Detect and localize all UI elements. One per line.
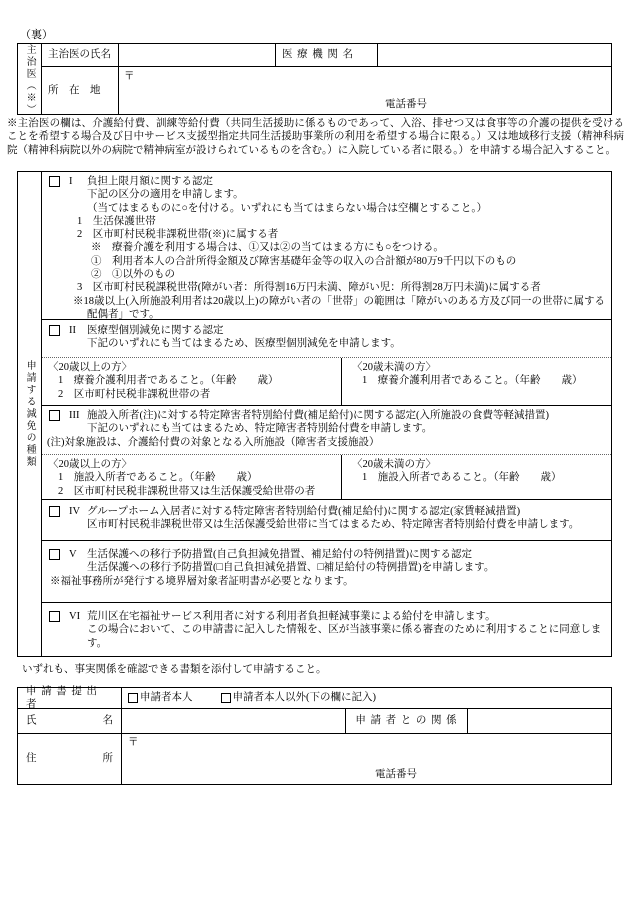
section-1-item-1: 1 生活保護世帯 [42,215,611,228]
section-2-heading: II 医療型個別減免に関する認定 [42,324,611,337]
doctor-name-input-cell[interactable] [119,44,276,66]
section-2-right-column: 〈20歳未満の方〉 1 療養介護利用者であること。（年齢 歳） [342,358,611,405]
section-4-numeral: IV [69,505,87,518]
section-6-numeral: VI [69,610,87,623]
section-3-title: 施設入所者(注)に対する特定障害者特別給付費(補足給付)に関する認定(入所施設の… [87,409,611,422]
submitter-name-input-cell[interactable] [122,709,346,733]
section-3-left-column: 〈20歳以上の方〉 1 施設入所者であること。（年齢 歳） 2 区市町村民税非課… [42,455,342,499]
section-1-line: （当てはまるものに○を付ける。いずれにも当てはまらない場合は空欄とすること。） [42,202,611,215]
submitter-address-row: 住 所 〒 電話番号 [18,734,611,784]
section-2-checkbox[interactable] [49,325,60,336]
applicant-other-label: 申請者本人以外(下の欄に記入) [233,691,377,704]
section-3-right-column: 〈20歳未満の方〉 1 施設入所者であること。（年齢 歳） [342,455,611,499]
name-label-left: 氏 [26,714,37,727]
doctor-name-row: 主治医の氏名 医 療 機 関 名 [42,44,611,67]
section-1-item-2-sub-1: ① 利用者本人の合計所得金額及び障害基礎年金等の収入の合計額が80万9千円以下の… [42,255,611,268]
section-5-line: 生活保護への移行予防措置(□自己負担減免措置、□補足給付の特例措置)を申請します… [42,561,611,574]
section-3: III 施設入所者(注)に対する特定障害者特別給付費(補足給付)に関する認定(入… [42,405,611,454]
section-3-heading: III 施設入所者(注)に対する特定障害者特別給付費(補足給付)に関する認定(入… [42,409,611,422]
doctor-address-row: 所 在 地 〒 電話番号 [42,67,611,114]
section-4: IV グループホーム入居者に対する特定障害者特別給付費(補足給付)に関する認定(… [42,499,611,540]
section-2-left-item-1: 1 療養介護利用者であること。（年齢 歳） [48,374,337,387]
applicant-self-checkbox[interactable] [128,693,138,703]
section-3-note: (注)対象施設は、介護給付費の対象となる入所施設（障害者支援施設） [42,436,611,449]
section-3-left-header: 〈20歳以上の方〉 [48,458,337,471]
section-5-note: ※福祉事務所が発行する境界層対象者証明書が必要となります。 [42,575,611,588]
section-2-columns: 〈20歳以上の方〉 1 療養介護利用者であること。（年齢 歳） 2 区市町村民税… [42,357,611,405]
attachment-note: いずれも、事実関係を確認できる書類を添付して申請すること。 [22,663,327,676]
section-6-title: 荒川区在宅福祉サービス利用者に対する利用者負担軽減事業による給付を申請します。 [87,610,611,623]
section-4-line: 区市町村民税非課税世帯又は生活保護受給世帯に当てはまるため、特定障害者特別給付費… [42,518,611,531]
section-3-right-header: 〈20歳未満の方〉 [352,458,607,471]
address-label-right: 所 [103,752,114,765]
section-5-checkbox[interactable] [49,549,60,560]
reductions-row-header: 申請する減免の種類 [18,172,42,656]
section-1-checkbox[interactable] [49,176,60,187]
section-3-checkbox[interactable] [49,410,60,421]
doctor-phone-label: 電話番号 [385,98,427,111]
submitter-type-row: 申 請 書 提 出 者 申請者本人 申請者本人以外(下の欄に記入) [18,688,611,709]
option-applicant-self[interactable]: 申請者本人 [128,691,193,704]
section-2-left-header: 〈20歳以上の方〉 [48,361,337,374]
section-6-line: この場合において、この申請書に記入した情報を、区が当該事業に係る審査のために利用… [42,623,611,650]
section-3-left-item-1: 1 施設入所者であること。（年齢 歳） [48,471,337,484]
doctor-table-body: 主治医の氏名 医 療 機 関 名 所 在 地 〒 電話番号 [42,44,611,114]
submitter-phone-label: 電話番号 [375,768,417,781]
applicant-other-checkbox[interactable] [221,693,231,703]
section-2-left-column: 〈20歳以上の方〉 1 療養介護利用者であること。（年齢 歳） 2 区市町村民税… [42,358,342,405]
doctor-table: 主治医（※） 主治医の氏名 医 療 機 関 名 所 在 地 〒 電話番号 [17,43,612,115]
section-6-heading: VI 荒川区在宅福祉サービス利用者に対する利用者負担軽減事業による給付を申請しま… [42,610,611,623]
submitter-options: 申請者本人 申請者本人以外(下の欄に記入) [122,688,611,708]
medical-institution-label: 医 療 機 関 名 [276,44,378,66]
section-4-heading: IV グループホーム入居者に対する特定障害者特別給付費(補足給付)に関する認定(… [42,505,611,518]
section-2-title: 医療型個別減免に関する認定 [87,324,611,337]
section-3-columns: 〈20歳以上の方〉 1 施設入所者であること。（年齢 歳） 2 区市町村民税非課… [42,454,611,499]
section-6-checkbox[interactable] [49,611,60,622]
submitter-header-label: 申 請 書 提 出 者 [18,688,122,708]
submitter-address-label: 住 所 [18,734,122,784]
submitter-address-input-cell[interactable]: 〒 電話番号 [122,734,611,784]
relation-input-cell[interactable] [468,709,611,733]
applicant-self-label: 申請者本人 [140,691,193,704]
section-1: I 負担上限月額に関する認定 下記の区分の適用を申請します。 （当てはまるものに… [42,172,611,319]
section-1-item-2-sub-2: ② ①以外のもの [42,268,611,281]
section-1-item-2: 2 区市町村民税非課税世帯(※)に属する者 [42,228,611,241]
section-3-numeral: III [69,409,87,422]
address-label-left: 住 [26,752,37,765]
submitter-name-row: 氏 名 申 請 者 と の 関 係 [18,709,611,734]
section-4-title: グループホーム入居者に対する特定障害者特別給付費(補足給付)に関する認定(家賃軽… [87,505,611,518]
section-1-note: ※18歳以上(入所施設利用者は20歳以上)の障がい者の「世帯」の範囲は「障がいの… [42,295,611,322]
section-2-line: 下記のいずれにも当てはまるため、医療型個別減免を申請します。 [42,337,611,350]
section-2-numeral: II [69,324,87,337]
submitter-name-label: 氏 名 [18,709,122,733]
section-5-numeral: V [69,548,87,561]
section-5-heading: V 生活保護への移行予防措置(自己負担減免措置、補足給付の特例措置)に関する認定 [42,548,611,561]
relation-label: 申 請 者 と の 関 係 [346,709,468,733]
section-2-left-item-2: 2 区市町村民税非課税世帯の者 [48,388,337,401]
section-1-heading: I 負担上限月額に関する認定 [42,175,611,188]
submitter-table: 申 請 書 提 出 者 申請者本人 申請者本人以外(下の欄に記入) 氏 名 申 … [17,687,612,785]
section-3-line: 下記のいずれにも当てはまるため、特定障害者特別給付費を申請します。 [42,422,611,435]
section-6: VI 荒川区在宅福祉サービス利用者に対する利用者負担軽減事業による給付を申請しま… [42,602,611,656]
page-side-label: （裏） [20,29,53,42]
option-applicant-other[interactable]: 申請者本人以外(下の欄に記入) [221,691,377,704]
section-2: II 医療型個別減免に関する認定 下記のいずれにも当てはまるため、医療型個別減免… [42,319,611,357]
section-1-item-2-note: ※ 療養介護を利用する場合は、①又は②の当てはまる方にも○をつける。 [42,241,611,254]
section-1-line: 下記の区分の適用を申請します。 [42,188,611,201]
section-1-numeral: I [69,175,87,188]
doctor-note: ※主治医の欄は、介護給付費、訓練等給付費（共同生活援助に係るものであって、入浴、… [7,117,624,157]
submitter-postal-mark: 〒 [128,737,139,748]
section-4-checkbox[interactable] [49,506,60,517]
name-label-right: 名 [103,714,114,727]
section-1-title: 負担上限月額に関する認定 [87,175,611,188]
section-1-item-3: 3 区市町村民税課税世帯(障がい者：所得割16万円未満、障がい児：所得割28万円… [42,281,611,294]
medical-institution-input-cell[interactable] [378,44,611,66]
section-2-right-header: 〈20歳未満の方〉 [352,361,607,374]
section-2-right-item-1: 1 療養介護利用者であること。（年齢 歳） [352,374,607,387]
section-3-left-item-2: 2 区市町村民税非課税世帯又は生活保護受給世帯の者 [48,485,337,498]
section-5: V 生活保護への移行予防措置(自己負担減免措置、補足給付の特例措置)に関する認定… [42,540,611,602]
doctor-address-input-cell[interactable]: 〒 電話番号 [119,67,611,114]
postal-mark: 〒 [124,71,135,82]
doctor-row-header: 主治医（※） [18,44,42,114]
section-5-title: 生活保護への移行予防措置(自己負担減免措置、補足給付の特例措置)に関する認定 [87,548,611,561]
reductions-table-body: I 負担上限月額に関する認定 下記の区分の適用を申請します。 （当てはまるものに… [42,172,611,656]
submitter-table-body: 申 請 書 提 出 者 申請者本人 申請者本人以外(下の欄に記入) 氏 名 申 … [18,688,611,784]
section-3-right-item-1: 1 施設入所者であること。（年齢 歳） [352,471,607,484]
doctor-address-label: 所 在 地 [42,67,119,114]
doctor-name-label: 主治医の氏名 [42,44,119,66]
reductions-table: 申請する減免の種類 I 負担上限月額に関する認定 下記の区分の適用を申請します。… [17,171,612,657]
